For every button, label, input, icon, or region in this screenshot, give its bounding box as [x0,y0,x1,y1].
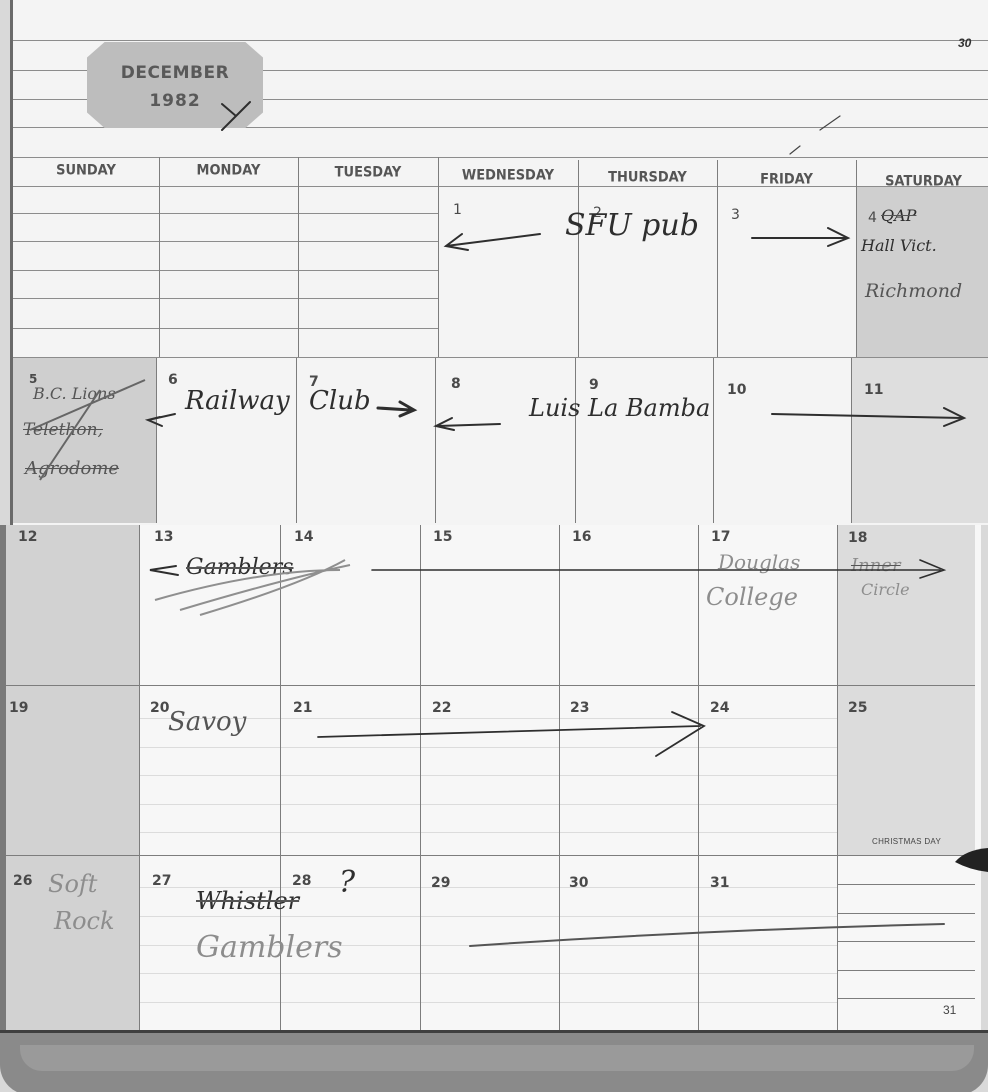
note-soft: Soft [48,870,97,898]
ruled-line [139,804,837,805]
column-line [139,525,140,1030]
column-line [717,160,718,357]
page-number: 31 [943,1003,956,1017]
column-line [698,525,699,1030]
column-line [159,157,160,357]
date-8: 8 [451,376,461,392]
date-21: 21 [293,700,312,716]
ruled-line [837,913,975,914]
column-line [837,525,838,1030]
date-26: 26 [13,873,32,889]
weekday-tuesday: TUESDAY [298,164,438,181]
date-20: 20 [150,700,169,716]
date-1: 1 [453,202,462,218]
date-18: 18 [848,530,867,546]
date-4: 4 [868,210,877,226]
date-30: 30 [569,875,588,891]
note-railway: Railway [185,386,290,416]
column-line [578,160,579,357]
note-luis-la-bamba: Luis La Bamba [529,394,710,422]
ruled-line [13,270,438,271]
weekday-wednesday: WEDNESDAY [438,167,578,184]
note-agrodome: Agrodome [25,458,119,479]
note-college: College [706,583,798,611]
note-d4-hall: Hall Vict. [861,236,937,255]
note-rock: Rock [54,907,115,935]
date-22: 22 [432,700,451,716]
ruled-line [13,40,988,41]
ruled-line [13,213,438,214]
date-23: 23 [570,700,589,716]
date-29: 29 [431,875,450,891]
ruled-line [139,832,837,833]
column-line [559,525,560,1030]
column-line [438,157,439,357]
date-3: 3 [731,207,740,223]
date-6: 6 [168,372,178,388]
note-question-mark: ? [339,865,355,900]
date-27: 27 [152,873,171,889]
date-19: 19 [9,700,28,716]
column-line [298,157,299,357]
column-line [156,358,157,523]
ruled-line [139,747,837,748]
note-inner: Inner [851,555,901,576]
date-31: 31 [710,875,729,891]
week-divider [13,357,988,358]
ruled-line [837,970,975,971]
cover-edge [20,1045,974,1071]
note-d4-richmond: Richmond [865,280,962,302]
month-badge: DECEMBER 1982 [87,42,263,128]
diary-page-bottom: 12 13 14 15 16 17 18 19 20 21 22 23 24 2… [0,525,981,1035]
week-divider [6,685,975,686]
date-17: 17 [711,529,730,545]
ruled-line [139,1002,837,1003]
weekday-sunday: SUNDAY [13,162,159,179]
column-line [713,358,714,523]
note-telethon: Telethon, [23,420,103,440]
diary-page-top: DECEMBER 1982 30 SUNDAY MONDAY TUESDAY W… [10,0,988,525]
ruled-line [13,298,438,299]
column-line [296,358,297,523]
weekday-monday: MONDAY [159,162,298,179]
weekday-saturday: SATURDAY [856,173,988,190]
sunday-shade [6,525,139,1030]
date-12: 12 [18,529,37,545]
diary-cover [0,1030,988,1092]
note-club: Club [309,386,371,416]
date-16: 16 [572,529,591,545]
year-label: 1982 [87,91,263,111]
note-savoy: Savoy [168,707,246,737]
note-gamblers: Gamblers [186,555,294,580]
date-24: 24 [710,700,729,716]
note-whistler: Whistler [196,887,299,915]
weekday-thursday: THURSDAY [578,169,717,186]
ruled-line [837,941,975,942]
ruled-line [13,241,438,242]
note-bc-lions: B.C. Lions [33,384,116,403]
ruled-line [139,916,837,917]
date-10: 10 [727,382,746,398]
note-gamblers-2: Gamblers [196,930,343,965]
holiday-christmas-day: CHRISTMAS DAY [872,837,941,846]
date-9: 9 [589,377,599,393]
column-line [575,358,576,523]
date-14: 14 [294,529,313,545]
week-divider [6,855,975,856]
note-circle: Circle [861,580,910,599]
note-d4-strike: QAP [881,206,916,225]
page-number: 30 [958,36,971,50]
ruled-line [13,328,438,329]
ruled-line [837,998,975,999]
note-douglas: Douglas [718,550,800,574]
ruled-line [837,884,975,885]
column-line [435,358,436,523]
weekday-friday: FRIDAY [717,171,856,188]
date-25: 25 [848,700,867,716]
date-11: 11 [864,382,883,398]
date-15: 15 [433,529,452,545]
note-sfu-pub: SFU pub [565,208,699,243]
column-line [420,525,421,1030]
column-line [851,358,852,523]
month-label: DECEMBER [87,63,263,83]
date-13: 13 [154,529,173,545]
ruled-line [139,973,837,974]
ruled-line [139,775,837,776]
